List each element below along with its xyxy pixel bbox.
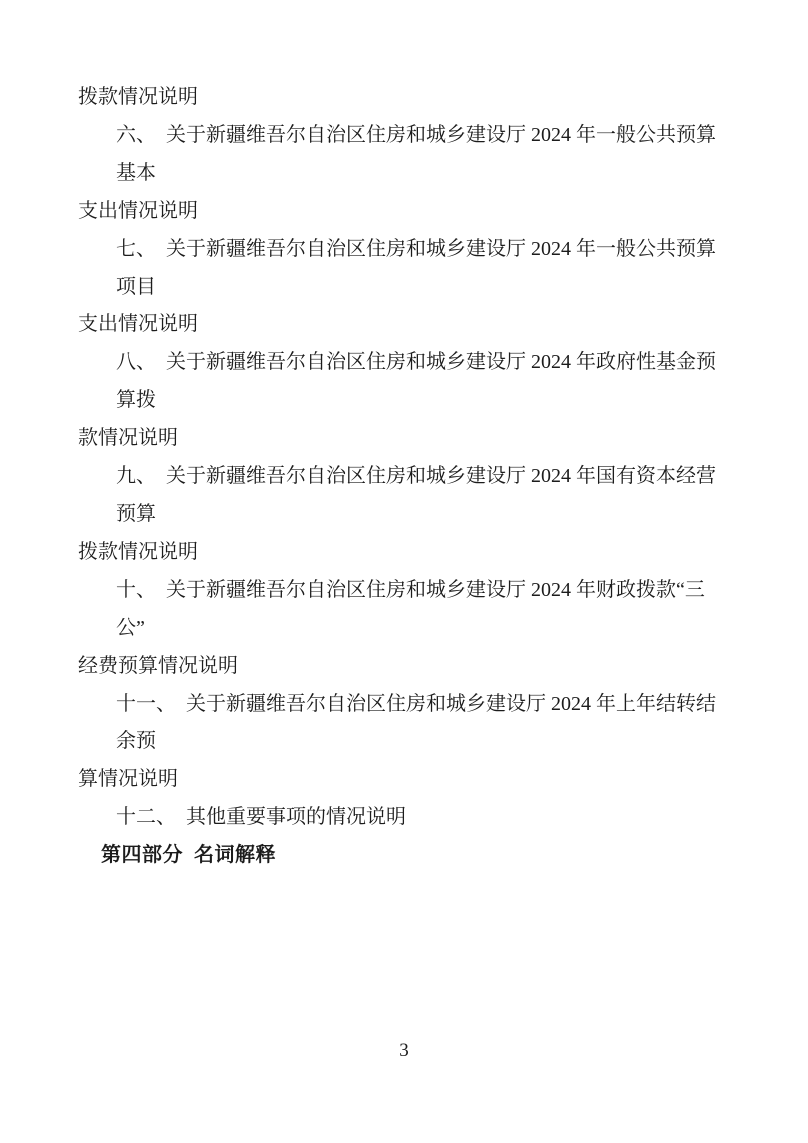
document-page: 拨款情况说明 六、 关于新疆维吾尔自治区住房和城乡建设厅 2024 年一般公共预…	[0, 0, 808, 1143]
toc-item-8-line-2: 款情况说明	[78, 420, 730, 458]
toc-list: 拨款情况说明 六、 关于新疆维吾尔自治区住房和城乡建设厅 2024 年一般公共预…	[78, 79, 730, 875]
toc-item-10: 十、 关于新疆维吾尔自治区住房和城乡建设厅 2024 年财政拨款“三公” 经费预…	[78, 572, 730, 686]
toc-item-6: 六、 关于新疆维吾尔自治区住房和城乡建设厅 2024 年一般公共预算基本 支出情…	[78, 117, 730, 231]
toc-item-12: 十二、 其他重要事项的情况说明	[78, 799, 730, 837]
toc-item-10-line-2: 经费预算情况说明	[78, 648, 730, 686]
page-number: 3	[0, 1040, 808, 1062]
toc-item-11-line-1: 十一、 关于新疆维吾尔自治区住房和城乡建设厅 2024 年上年结转结余预	[78, 686, 730, 762]
section-4-heading: 第四部分 名词解释	[78, 837, 730, 875]
toc-item-12-line-1: 十二、 其他重要事项的情况说明	[78, 799, 730, 837]
toc-item-9-line-1: 九、 关于新疆维吾尔自治区住房和城乡建设厅 2024 年国有资本经营预算	[78, 458, 730, 534]
toc-item-7-line-1: 七、 关于新疆维吾尔自治区住房和城乡建设厅 2024 年一般公共预算项目	[78, 231, 730, 307]
toc-item-6-line-2: 支出情况说明	[78, 193, 730, 231]
toc-item-9-line-2: 拨款情况说明	[78, 534, 730, 572]
toc-item-5-continuation-line-1: 拨款情况说明	[78, 79, 730, 117]
toc-item-8-line-1: 八、 关于新疆维吾尔自治区住房和城乡建设厅 2024 年政府性基金预算拨	[78, 344, 730, 420]
toc-item-10-line-1: 十、 关于新疆维吾尔自治区住房和城乡建设厅 2024 年财政拨款“三公”	[78, 572, 730, 648]
toc-item-7-line-2: 支出情况说明	[78, 306, 730, 344]
toc-item-9: 九、 关于新疆维吾尔自治区住房和城乡建设厅 2024 年国有资本经营预算 拨款情…	[78, 458, 730, 572]
toc-item-6-line-1: 六、 关于新疆维吾尔自治区住房和城乡建设厅 2024 年一般公共预算基本	[78, 117, 730, 193]
toc-item-5-continuation: 拨款情况说明	[78, 79, 730, 117]
toc-item-7: 七、 关于新疆维吾尔自治区住房和城乡建设厅 2024 年一般公共预算项目 支出情…	[78, 231, 730, 345]
toc-item-11-line-2: 算情况说明	[78, 761, 730, 799]
section-4-heading-line-1: 第四部分 名词解释	[78, 837, 730, 875]
toc-item-11: 十一、 关于新疆维吾尔自治区住房和城乡建设厅 2024 年上年结转结余预 算情况…	[78, 686, 730, 800]
toc-item-8: 八、 关于新疆维吾尔自治区住房和城乡建设厅 2024 年政府性基金预算拨 款情况…	[78, 344, 730, 458]
